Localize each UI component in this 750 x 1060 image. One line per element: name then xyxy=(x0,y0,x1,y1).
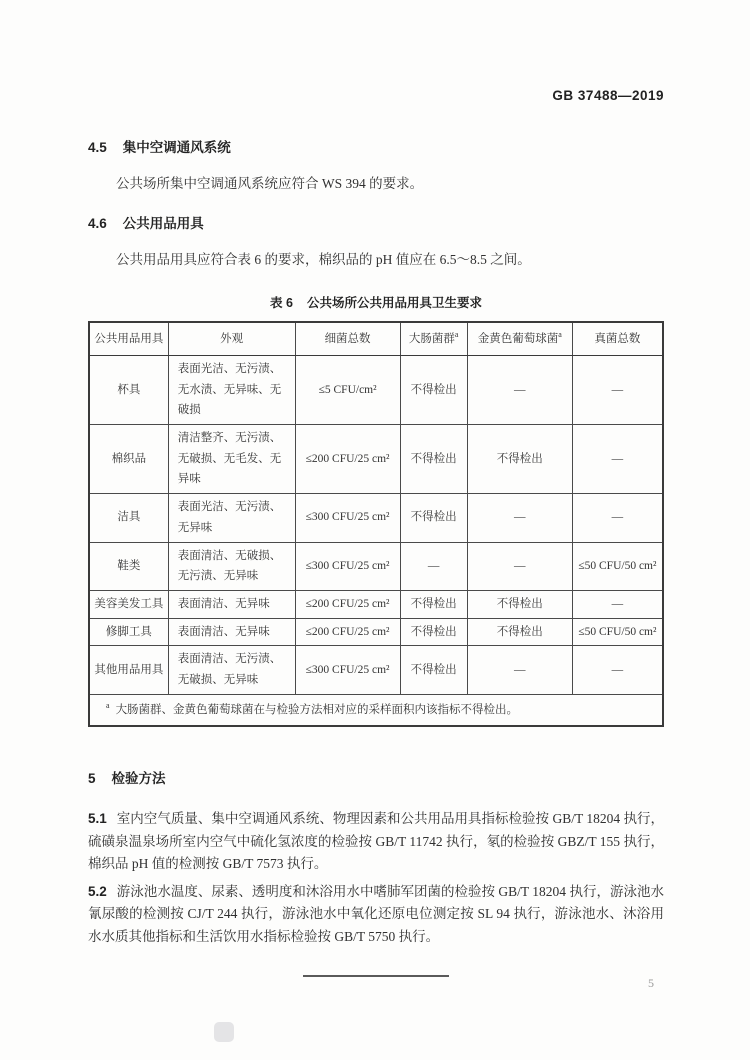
table-row: 鞋类 表面清洁、无破损、无污渍、无异味 ≤300 CFU/25 cm² — — … xyxy=(89,542,663,590)
cell-staph: — xyxy=(467,646,572,694)
cell-item: 杯具 xyxy=(89,356,168,425)
table-row: 棉织品 清洁整齐、无污渍、无破损、无毛发、无异味 ≤200 CFU/25 cm²… xyxy=(89,425,663,494)
table-caption: 表 6公共场所公共用品用具卫生要求 xyxy=(88,293,664,311)
footnote-text: 大肠菌群、金黄色葡萄球菌在与检验方法相对应的采样面积内该指标不得检出。 xyxy=(116,704,519,716)
cell-coliform: 不得检出 xyxy=(400,590,467,618)
table-header-row: 公共用品用具 外观 细菌总数 大肠菌群a 金黄色葡萄球菌a 真菌总数 xyxy=(89,322,663,356)
cell-coliform: 不得检出 xyxy=(400,618,467,646)
cell-fungi: — xyxy=(572,494,663,542)
cell-bacteria: ≤200 CFU/25 cm² xyxy=(295,425,400,494)
cell-coliform: 不得检出 xyxy=(400,646,467,694)
cell-bacteria: ≤300 CFU/25 cm² xyxy=(295,542,400,590)
cell-item: 鞋类 xyxy=(89,542,168,590)
footnote-marker: a xyxy=(455,330,459,339)
scan-corner-mark xyxy=(214,1022,234,1042)
header-cell-fungi-total: 真菌总数 xyxy=(572,322,663,356)
table-row: 修脚工具 表面清洁、无异味 ≤200 CFU/25 cm² 不得检出 不得检出 … xyxy=(89,618,663,646)
cell-fungi: — xyxy=(572,356,663,425)
cell-bacteria: ≤300 CFU/25 cm² xyxy=(295,646,400,694)
clause-title: 集中空调通风系统 xyxy=(123,140,231,155)
paragraph-text: 室内空气质量、集中空调通风系统、物理因素和公共用品用具指标检验按 GB/T 18… xyxy=(88,811,664,871)
cell-staph: 不得检出 xyxy=(467,618,572,646)
cell-appearance: 表面光洁、无污渍、无水渍、无异味、无破损 xyxy=(168,356,295,425)
cell-bacteria: ≤300 CFU/25 cm² xyxy=(295,494,400,542)
header-cell-appearance: 外观 xyxy=(168,322,295,356)
section-title: 检验方法 xyxy=(112,771,166,786)
table-row: 洁具 表面光洁、无污渍、无异味 ≤300 CFU/25 cm² 不得检出 — — xyxy=(89,494,663,542)
method-paragraph-5-1: 5.1室内空气质量、集中空调通风系统、物理因素和公共用品用具指标检验按 GB/T… xyxy=(88,808,664,876)
cell-bacteria: ≤5 CFU/cm² xyxy=(295,356,400,425)
clause-heading-4-5: 4.5集中空调通风系统 xyxy=(88,136,664,156)
cell-coliform: 不得检出 xyxy=(400,356,467,425)
section-number: 5 xyxy=(88,771,96,786)
table-footnote: a大肠菌群、金黄色葡萄球菌在与检验方法相对应的采样面积内该指标不得检出。 xyxy=(89,694,663,726)
cell-fungi: — xyxy=(572,425,663,494)
cell-item: 洁具 xyxy=(89,494,168,542)
cell-coliform: 不得检出 xyxy=(400,425,467,494)
clause-number: 4.6 xyxy=(88,216,107,231)
cell-bacteria: ≤200 CFU/25 cm² xyxy=(295,618,400,646)
table-row: 杯具 表面光洁、无污渍、无水渍、无异味、无破损 ≤5 CFU/cm² 不得检出 … xyxy=(89,356,663,425)
cell-appearance: 表面清洁、无异味 xyxy=(168,590,295,618)
clause-title: 公共用品用具 xyxy=(123,216,204,231)
cell-fungi: ≤50 CFU/50 cm² xyxy=(572,542,663,590)
cell-staph: — xyxy=(467,356,572,425)
footnote-marker: a xyxy=(558,330,562,339)
cell-item: 修脚工具 xyxy=(89,618,168,646)
header-cell-coliform: 大肠菌群a xyxy=(400,322,467,356)
paragraph-text: 游泳池水温度、尿素、透明度和沐浴用水中嗜肺军团菌的检验按 GB/T 18204 … xyxy=(88,884,664,944)
cell-fungi: ≤50 CFU/50 cm² xyxy=(572,618,663,646)
clause-heading-4-6: 4.6公共用品用具 xyxy=(88,212,664,232)
cell-fungi: — xyxy=(572,590,663,618)
cell-bacteria: ≤200 CFU/25 cm² xyxy=(295,590,400,618)
end-of-document-rule xyxy=(303,975,449,977)
cell-appearance: 表面光洁、无污渍、无异味 xyxy=(168,494,295,542)
cell-appearance: 清洁整齐、无污渍、无破损、无毛发、无异味 xyxy=(168,425,295,494)
method-paragraph-5-2: 5.2游泳池水温度、尿素、透明度和沐浴用水中嗜肺军团菌的检验按 GB/T 182… xyxy=(88,881,664,949)
cell-coliform: — xyxy=(400,542,467,590)
cell-staph: — xyxy=(467,494,572,542)
paragraph-number: 5.1 xyxy=(88,811,107,826)
header-cell-bacteria-total: 细菌总数 xyxy=(295,322,400,356)
page-number: 5 xyxy=(648,976,654,991)
paragraph-number: 5.2 xyxy=(88,884,107,899)
table-footnote-row: a大肠菌群、金黄色葡萄球菌在与检验方法相对应的采样面积内该指标不得检出。 xyxy=(89,694,663,726)
clause-number: 4.5 xyxy=(88,140,107,155)
hygiene-requirements-table: 公共用品用具 外观 细菌总数 大肠菌群a 金黄色葡萄球菌a 真菌总数 杯具 表面… xyxy=(88,321,664,727)
standard-number: GB 37488—2019 xyxy=(88,88,664,103)
table-row: 美容美发工具 表面清洁、无异味 ≤200 CFU/25 cm² 不得检出 不得检… xyxy=(89,590,663,618)
cell-staph: 不得检出 xyxy=(467,425,572,494)
cell-appearance: 表面清洁、无异味 xyxy=(168,618,295,646)
document-page: GB 37488—2019 4.5集中空调通风系统 公共场所集中空调通风系统应符… xyxy=(0,0,750,1060)
footnote-marker: a xyxy=(106,701,110,710)
clause-paragraph-4-5: 公共场所集中空调通风系统应符合 WS 394 的要求。 xyxy=(88,173,664,195)
table-caption-text: 公共场所公共用品用具卫生要求 xyxy=(307,296,482,310)
cell-appearance: 表面清洁、无污渍、无破损、无异味 xyxy=(168,646,295,694)
header-cell-item: 公共用品用具 xyxy=(89,322,168,356)
cell-appearance: 表面清洁、无破损、无污渍、无异味 xyxy=(168,542,295,590)
cell-staph: 不得检出 xyxy=(467,590,572,618)
cell-coliform: 不得检出 xyxy=(400,494,467,542)
header-cell-staph: 金黄色葡萄球菌a xyxy=(467,322,572,356)
table-row: 其他用品用具 表面清洁、无污渍、无破损、无异味 ≤300 CFU/25 cm² … xyxy=(89,646,663,694)
section-heading-5: 5检验方法 xyxy=(88,767,664,787)
cell-item: 美容美发工具 xyxy=(89,590,168,618)
cell-staph: — xyxy=(467,542,572,590)
cell-fungi: — xyxy=(572,646,663,694)
cell-item: 其他用品用具 xyxy=(89,646,168,694)
clause-paragraph-4-6: 公共用品用具应符合表 6 的要求，棉织品的 pH 值应在 6.5～8.5 之间。 xyxy=(88,249,664,271)
cell-item: 棉织品 xyxy=(89,425,168,494)
table-caption-label: 表 6 xyxy=(270,296,293,310)
